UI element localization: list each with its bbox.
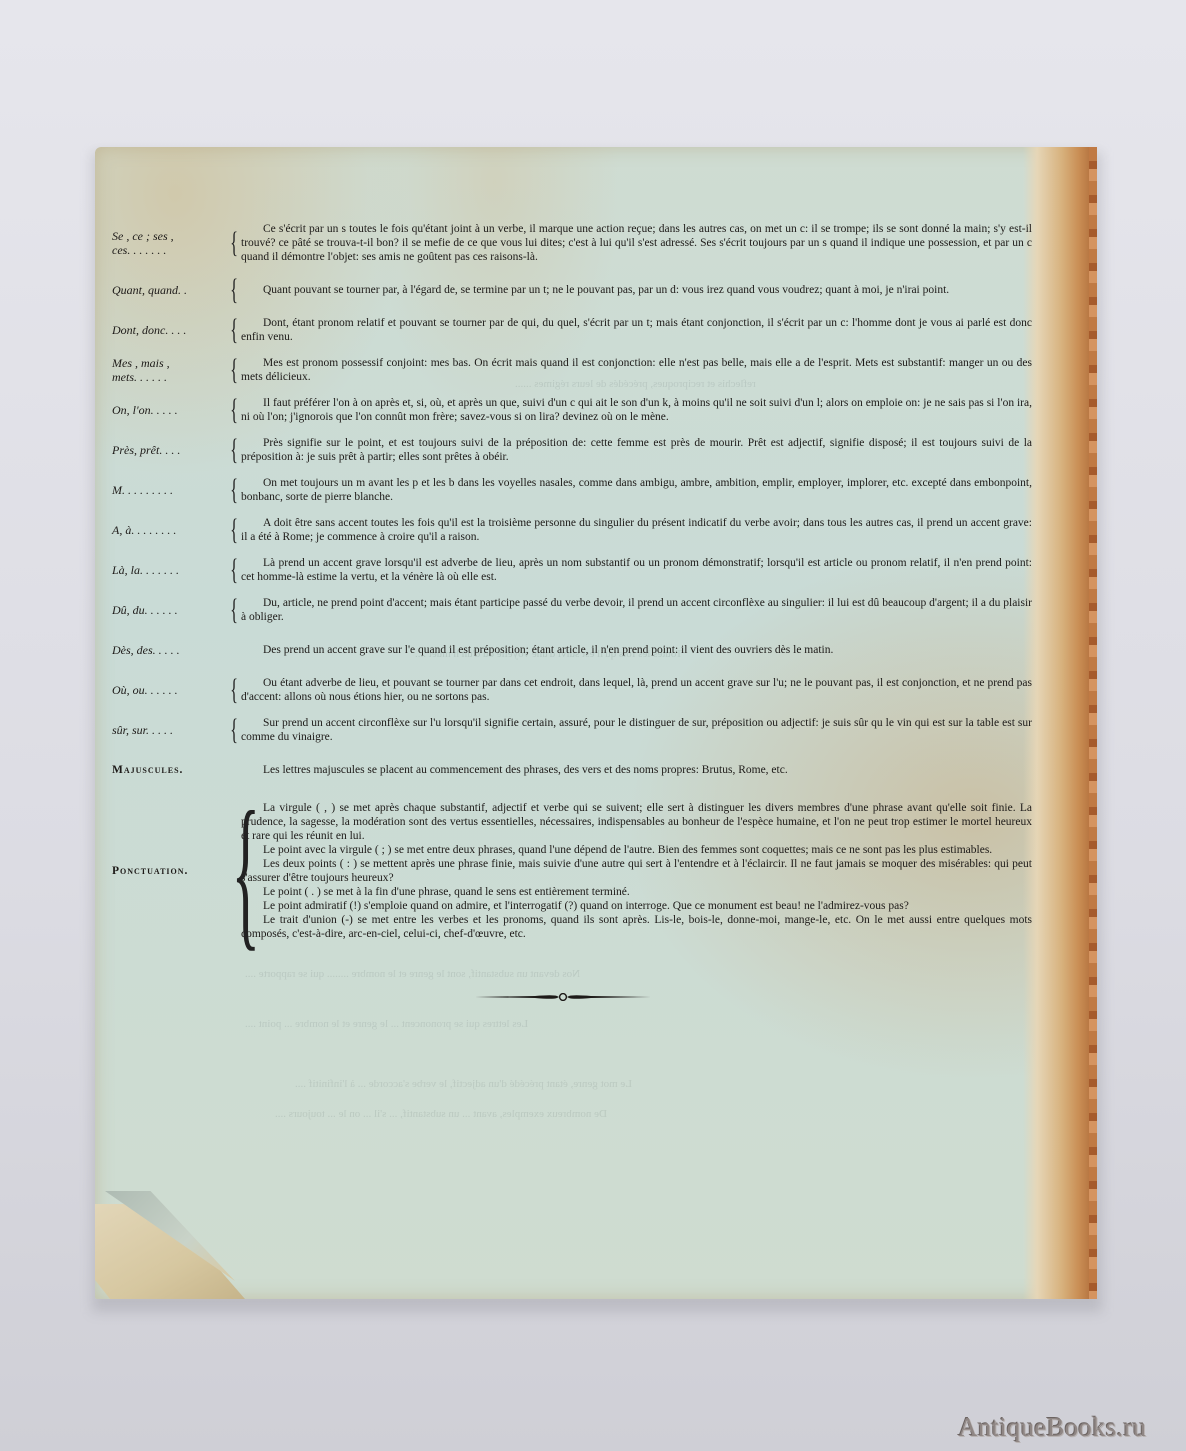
bleed-through-text: De nombreux exemples, avant ... un subst…	[275, 1107, 607, 1122]
curly-brace: {	[230, 356, 238, 384]
ponctuation-paragraph: Le trait d'union (-) se met entre les ve…	[241, 913, 1032, 941]
bleed-through-text: Nos devant un substantif, sont le genre …	[245, 967, 580, 982]
entry-text: Mes est pronom possessif conjoint: mes b…	[241, 356, 1032, 384]
curly-brace: {	[230, 676, 238, 704]
curly-brace: {	[230, 316, 238, 344]
curly-brace: {	[230, 516, 238, 544]
entry-text: Près signifie sur le point, et est toujo…	[241, 436, 1032, 464]
entry-label: Se , ce ; ses , ces. . . . . . .	[112, 229, 227, 257]
entry-label: Là, la. . . . . . .	[112, 563, 227, 577]
curly-brace: {	[230, 476, 238, 504]
bleed-through-text: Le mot genre, étant précédé d'un adjecti…	[295, 1077, 632, 1092]
torn-spine-edge	[1089, 147, 1097, 1299]
rule-entry: Près, prêt. . . .{Près signifie sur le p…	[112, 436, 1032, 464]
rule-entry: Mes , mais , mets. . . . . .{Mes est pro…	[112, 356, 1032, 384]
watermark: AntiqueBooks.ru	[958, 1412, 1146, 1443]
entry-label: sûr, sur. . . . .	[112, 723, 227, 737]
entry-text: On met toujours un m avant les p et les …	[241, 476, 1032, 504]
rule-entry: Dû, du. . . . . .{Du, article, ne prend …	[112, 596, 1032, 624]
grammar-rules: Se , ce ; ses , ces. . . . . . .{Ce s'éc…	[112, 222, 1032, 958]
entry-label: Près, prêt. . . .	[112, 443, 227, 457]
rule-entry: Dès, des. . . . .{Des prend un accent gr…	[112, 636, 1032, 664]
entry-label: Mes , mais , mets. . . . . .	[112, 356, 227, 384]
ponctuation-text: La virgule ( , ) se met après chaque sub…	[241, 801, 1032, 941]
rule-entry: Quant, quand. .{Quant pouvant se tourner…	[112, 276, 1032, 304]
rule-entry: A, à. . . . . . . .{A doit être sans acc…	[112, 516, 1032, 544]
entry-label: Majuscules.	[112, 763, 227, 777]
curly-brace: {	[230, 716, 238, 744]
entry-label: Dû, du. . . . . .	[112, 603, 227, 617]
worn-spine	[1023, 147, 1093, 1299]
entry-text: Là prend un accent grave lorsqu'il est a…	[241, 556, 1032, 584]
entry-text: Les lettres majuscules se placent au com…	[241, 763, 1032, 777]
rules-list: Se , ce ; ses , ces. . . . . . .{Ce s'éc…	[112, 222, 1032, 784]
ponctuation-entry: Ponctuation. { La virgule ( , ) se met a…	[112, 796, 1032, 946]
typographic-rule-ornament	[475, 993, 651, 1001]
entry-label: On, l'on. . . . .	[112, 403, 227, 417]
rule-entry: sûr, sur. . . . .{Sur prend un accent ci…	[112, 716, 1032, 744]
entry-text: Ou étant adverbe de lieu, et pouvant se …	[241, 676, 1032, 704]
entry-text: Sur prend un accent circonflèxe sur l'u …	[241, 716, 1032, 744]
entry-label: Dès, des. . . . .	[112, 643, 227, 657]
rule-entry: Dont, donc. . . .{Dont, étant pronom rel…	[112, 316, 1032, 344]
ponctuation-paragraph: Le point admiratif (!) s'emploie quand o…	[241, 899, 1032, 913]
rule-entry: M. . . . . . . . .{On met toujours un m …	[112, 476, 1032, 504]
entry-label: A, à. . . . . . . .	[112, 523, 227, 537]
ponctuation-paragraph: Les deux points ( : ) se mettent après u…	[241, 857, 1032, 885]
curly-brace: {	[230, 596, 238, 624]
rule-entry: Où, ou. . . . . .{Ou étant adverbe de li…	[112, 676, 1032, 704]
curly-brace: {	[232, 796, 237, 946]
entry-text: Quant pouvant se tourner par, à l'égard …	[241, 283, 1032, 297]
bleed-through-text: Les lettres qui se prononcent ... le gen…	[245, 1017, 528, 1032]
curly-brace: {	[230, 436, 238, 464]
curly-brace: {	[230, 396, 238, 424]
entry-text: A doit être sans accent toutes les fois …	[241, 516, 1032, 544]
entry-label: M. . . . . . . . .	[112, 483, 227, 497]
entry-label: Ponctuation.	[112, 864, 227, 878]
rule-entry: On, l'on. . . . .{Il faut préférer l'on …	[112, 396, 1032, 424]
ponctuation-paragraph: La virgule ( , ) se met après chaque sub…	[241, 801, 1032, 843]
entry-text: Ce s'écrit par un s toutes le fois qu'ét…	[241, 222, 1032, 264]
rule-entry: Se , ce ; ses , ces. . . . . . .{Ce s'éc…	[112, 222, 1032, 264]
entry-text: Des prend un accent grave sur l'e quand …	[241, 643, 1032, 657]
entry-text: Il faut préférer l'on à on après et, si,…	[241, 396, 1032, 424]
ponctuation-paragraph: Le point ( . ) se met à la fin d'une phr…	[241, 885, 1032, 899]
entry-text: Du, article, ne prend point d'accent; ma…	[241, 596, 1032, 624]
entry-label: Dont, donc. . . .	[112, 323, 227, 337]
rule-entry: Là, la. . . . . . .{Là prend un accent g…	[112, 556, 1032, 584]
curly-brace: {	[230, 229, 238, 257]
ponctuation-paragraph: Le point avec la virgule ( ; ) se met en…	[241, 843, 1032, 857]
entry-label: Où, ou. . . . . .	[112, 683, 227, 697]
entry-label: Quant, quand. .	[112, 283, 227, 297]
entry-text: Dont, étant pronom relatif et pouvant se…	[241, 316, 1032, 344]
curly-brace: {	[230, 276, 238, 304]
curly-brace: {	[230, 556, 238, 584]
